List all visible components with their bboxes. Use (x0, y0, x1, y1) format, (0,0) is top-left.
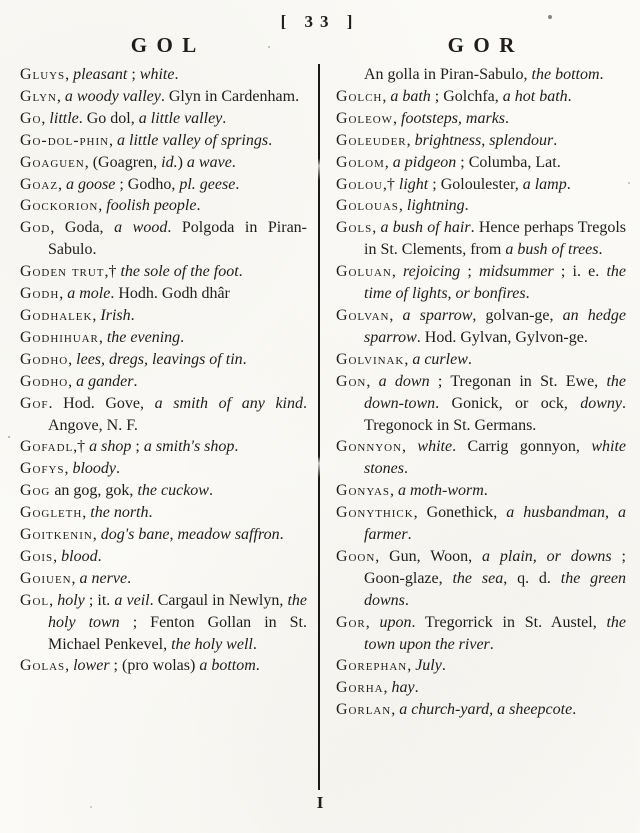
definition-italic: the evening (107, 329, 180, 346)
definition-italic: pl. geese (179, 176, 235, 193)
text-roman: ; Godho, (115, 176, 179, 193)
headword: Godho (20, 373, 68, 390)
dictionary-entry: Godho, lees, dregs, leavings of tin. (20, 349, 307, 371)
definition-italic: light (399, 176, 428, 193)
text-roman: , (384, 679, 392, 696)
headword: Gofadl (20, 438, 73, 455)
text-roman: ; Golchfa, (431, 88, 503, 105)
text-roman: . Hod. Gylvan, Gylvon-ge. (417, 329, 588, 346)
definition-italic: a goose (66, 176, 115, 193)
text-roman: . (465, 197, 469, 214)
text-roman: . (600, 66, 604, 83)
text-roman: . Hod. Gove, (49, 395, 155, 412)
headword: Gonnyon (336, 438, 402, 455)
text-roman: , (366, 373, 378, 390)
text-roman: , (99, 329, 107, 346)
dictionary-entry: Goden trut,† the sole of the foot. (20, 261, 307, 283)
text-roman: . (234, 438, 238, 455)
definition-italic: the sole of the foot (120, 263, 238, 280)
headword: Gon (336, 373, 366, 390)
definition-italic: blood (61, 548, 97, 565)
definition-italic: id. (161, 154, 177, 171)
dictionary-entry: Gois, blood. (20, 546, 307, 568)
headword: Gluys (20, 66, 65, 83)
headword: Gofys (20, 460, 64, 477)
text-roman: , (65, 66, 73, 83)
dictionary-entry: Goaguen, (Goagren, id.) a wave. (20, 152, 307, 174)
definition-italic: the cuckow (137, 482, 209, 499)
definition-italic: dog's bane, meadow saffron (101, 526, 280, 543)
headword: Goiuen (20, 570, 72, 587)
dictionary-entry: Gorlan, a church-yard, a sheepcote. (336, 699, 626, 721)
headword: Golch (336, 88, 382, 105)
text-roman: ) (178, 154, 187, 171)
headword: Gol (20, 592, 49, 609)
headword: Goitkenin (20, 526, 93, 543)
text-roman: ; (460, 263, 479, 280)
headword: Goleow (336, 110, 393, 127)
definition-italic: a smith's shop (144, 438, 235, 455)
text-roman: . (572, 701, 576, 718)
text-roman: . (239, 263, 243, 280)
text-roman: , (58, 176, 66, 193)
headword: Go-dol-phin (20, 132, 109, 149)
text-roman: . (174, 66, 178, 83)
text-roman: an gog, gok, (50, 482, 137, 499)
definition-italic: a nerve (80, 570, 128, 587)
definition-italic: holy (57, 592, 85, 609)
text-roman: ; it. (85, 592, 115, 609)
text-roman: . (98, 548, 102, 565)
headword: Gogleth (20, 504, 82, 521)
text-roman: . (243, 351, 247, 368)
dictionary-entry: Gonyas, a moth-worm. (336, 480, 626, 502)
definition-italic: a woody valley (65, 88, 161, 105)
headword: Golas (20, 657, 65, 674)
definition-italic: a wood (114, 219, 167, 236)
text-roman: . (505, 110, 509, 127)
definition-italic: a curlew (412, 351, 468, 368)
dictionary-entry: Goleow, footsteps, marks. (336, 108, 626, 130)
text-roman: . (180, 329, 184, 346)
dictionary-entry: Go-dol-phin, a little valley of springs. (20, 130, 307, 152)
definition-italic: a little valley of springs (117, 132, 268, 149)
definition-italic: hay (392, 679, 415, 696)
text-roman: , (390, 482, 398, 499)
definition-italic: bloody (72, 460, 116, 477)
dictionary-entry: Gockorion, foolish people. (20, 195, 307, 217)
text-roman: , (391, 701, 399, 718)
definition-italic: pleasant (73, 66, 127, 83)
definition-italic: a shop (89, 438, 131, 455)
headword: Goaguen (20, 154, 85, 171)
text-roman: ; (131, 438, 143, 455)
dictionary-entry: Godho, a gander. (20, 371, 307, 393)
dictionary-entry: Golas, lower ; (pro wolas) a bottom. (20, 655, 307, 677)
text-roman: ,† (383, 176, 399, 193)
headword: Golouas (336, 197, 399, 214)
text-roman: , Gonethick, (414, 504, 507, 521)
dictionary-entry: Goon, Gun, Woon, a plain, or downs ; Goo… (336, 546, 626, 612)
definition-italic: footsteps, marks (401, 110, 505, 127)
text-roman: , (402, 438, 417, 455)
dictionary-entry: Gol, holy ; it. a veil. Cargaul in Newly… (20, 590, 307, 656)
text-roman: . (553, 132, 557, 149)
scan-noise-specks (0, 0, 2, 2)
definition-italic: a veil (114, 592, 149, 609)
dictionary-entry: Gog an gog, gok, the cuckow. (20, 480, 307, 502)
text-roman: ,† (73, 438, 89, 455)
dictionary-entry: Gof. Hod. Gove, a smith of any kind. Ang… (20, 393, 307, 437)
text-roman: , golvan-ge, (472, 307, 562, 324)
headword: Go (20, 110, 41, 127)
definition-italic: a church-yard, a sheepcote (399, 701, 572, 718)
headword: Gois (20, 548, 53, 565)
definition-italic: white (140, 66, 175, 83)
definition-italic: lightning (407, 197, 465, 214)
headword: Gor (336, 614, 366, 631)
definition-italic: a down (379, 373, 430, 390)
column-divider-rule (318, 64, 320, 790)
definition-italic: a moth-worm (398, 482, 484, 499)
dictionary-entry: Glyn, a woody valley. Glyn in Cardenham. (20, 86, 307, 108)
dictionary-entry: Golch, a bath ; Golchfa, a hot bath. (336, 86, 626, 108)
text-roman: . (468, 351, 472, 368)
page-number: [ 33 ] (0, 12, 640, 32)
text-roman: . (116, 460, 120, 477)
definition-italic: a bottom (199, 657, 255, 674)
headword: Gof (20, 395, 49, 412)
right-text-column: An golla in Piran-Sabulo, the bottom.Gol… (336, 64, 626, 721)
text-roman: . Glyn in Cardenham. (161, 88, 299, 105)
definition-italic: foolish people (106, 197, 196, 214)
headword: God (20, 219, 50, 236)
headword: Goleuder (336, 132, 407, 149)
text-roman: . (127, 570, 131, 587)
headword: Golou (336, 176, 383, 193)
dictionary-entry: Goaz, a goose ; Godho, pl. geese. (20, 174, 307, 196)
headword: Godh (20, 285, 59, 302)
headword: Godhihuar (20, 329, 99, 346)
dictionary-entry: Goleuder, brightness, splendour. (336, 130, 626, 152)
dictionary-entry: Golou,† light ; Goloulester, a lamp. (336, 174, 626, 196)
headword: Gols (336, 219, 372, 236)
headword: Goon (336, 548, 375, 565)
dictionary-entry: Gluys, pleasant ; white. (20, 64, 307, 86)
definition-italic: white (417, 438, 452, 455)
text-roman: , (366, 614, 380, 631)
dictionary-entry: Godhalek, Irish. (20, 305, 307, 327)
definition-italic: a lamp (523, 176, 567, 193)
dictionary-entry: Gonnyon, white. Carrig gonnyon, white st… (336, 436, 626, 480)
dictionary-entry: Golom, a pidgeon ; Columba, Lat. (336, 152, 626, 174)
definition-italic: a little valley (139, 110, 223, 127)
dictionary-entry: Golvan, a sparrow, golvan-ge, an hedge s… (336, 305, 626, 349)
headword: Gorlan (336, 701, 391, 718)
entry-continuation: An golla in Piran-Sabulo, the bottom. (336, 64, 626, 86)
text-roman: . (490, 636, 494, 653)
text-roman: , (389, 307, 402, 324)
text-roman: , (93, 526, 101, 543)
text-roman: . (408, 526, 412, 543)
dictionary-entry: Golvinak, a curlew. (336, 349, 626, 371)
definition-italic: a sparrow (403, 307, 473, 324)
definition-italic: little (49, 110, 78, 127)
headword: Goaz (20, 176, 58, 193)
dictionary-entry: Goluan, rejoicing ; midsummer ; i. e. th… (336, 261, 626, 305)
text-roman: . (484, 482, 488, 499)
definition-italic: a bath (390, 88, 430, 105)
right-column-header: GOR (336, 33, 626, 58)
definition-italic: the north (90, 504, 148, 521)
text-roman: . (526, 285, 530, 302)
text-roman: . (404, 460, 408, 477)
text-roman: . Go dol, (79, 110, 139, 127)
dictionary-entry: Golouas, lightning. (336, 195, 626, 217)
headword: Godhalek (20, 307, 92, 324)
text-roman: , (109, 132, 117, 149)
text-roman: , (57, 88, 65, 105)
text-roman: . (253, 636, 257, 653)
text-roman: ; (pro wolas) (110, 657, 200, 674)
headword: Gog (20, 482, 50, 499)
definition-italic: a bush of hair (380, 219, 470, 236)
text-roman: , (392, 263, 403, 280)
dictionary-entry: Godh, a mole. Hodh. Godh dhâr (20, 283, 307, 305)
dictionary-entry: Gonythick, Gonethick, a husbandman, a fa… (336, 502, 626, 546)
dictionary-entry: Gogleth, the north. (20, 502, 307, 524)
dictionary-entry: Gor, upon. Tregorrick in St. Austel, the… (336, 612, 626, 656)
definition-italic: brightness, splendour (415, 132, 554, 149)
text-roman: . (133, 373, 137, 390)
text-roman: . (567, 176, 571, 193)
text-roman: , (53, 548, 61, 565)
text-roman: . Tregorrick in St. Austel, (411, 614, 606, 631)
dictionary-entry: God, Goda, a wood. Polgoda in Piran- Sab… (20, 217, 307, 261)
definition-italic: Irish (100, 307, 130, 324)
text-roman: , (407, 132, 415, 149)
dictionary-entry: Gofys, bloody. (20, 458, 307, 480)
text-roman: . (442, 657, 446, 674)
text-roman: , (407, 657, 415, 674)
dictionary-entry: Gols, a bush of hair. Hence perhaps Treg… (336, 217, 626, 261)
text-roman: , (385, 154, 393, 171)
headword: Golvan (336, 307, 389, 324)
text-roman: . (405, 592, 409, 609)
text-roman: , (65, 657, 73, 674)
left-column-header: GOL (20, 33, 307, 58)
definition-italic: the bottom (532, 66, 600, 83)
dictionary-entry: Gorephan, July. (336, 655, 626, 677)
text-roman: . (148, 504, 152, 521)
definition-italic: downy (580, 395, 622, 412)
text-roman: , Gun, Woon, (375, 548, 482, 565)
dictionary-entry: Go, little. Go dol, a little valley. (20, 108, 307, 130)
dictionary-entry: Gorha, hay. (336, 677, 626, 699)
headword: Goden trut (20, 263, 104, 280)
text-roman: . (268, 132, 272, 149)
text-roman: An golla in Piran-Sabulo, (364, 66, 532, 83)
text-roman: . (131, 307, 135, 324)
text-roman: . Gonick, or ock, (435, 395, 580, 412)
definition-italic: a hot bath (503, 88, 568, 105)
definition-italic: a plain, or downs (482, 548, 612, 565)
scanned-dictionary-page: [ 33 ] GOL GOR Gluys, pleasant ; white.G… (0, 0, 640, 833)
text-roman: . (196, 197, 200, 214)
text-roman: , Goda, (50, 219, 114, 236)
dictionary-entry: Godhihuar, the evening. (20, 327, 307, 349)
definition-italic: rejoicing (403, 263, 460, 280)
dictionary-entry: Gofadl,† a shop ; a smith's shop. (20, 436, 307, 458)
text-roman: , (399, 197, 407, 214)
dictionary-entry: Gon, a down ; Tregonan in St. Ewe, the d… (336, 371, 626, 437)
text-roman: , (72, 570, 80, 587)
headword: Glyn (20, 88, 57, 105)
definition-italic: upon (379, 614, 411, 631)
dictionary-entry: Goitkenin, dog's bane, meadow saffron. (20, 524, 307, 546)
text-roman: , (Goagren, (85, 154, 161, 171)
headword: Golom (336, 154, 385, 171)
headword: Gorha (336, 679, 384, 696)
text-roman: ; i. e. (554, 263, 607, 280)
definition-italic: the sea (452, 570, 503, 587)
text-roman: ; Goloulester, (428, 176, 522, 193)
definition-italic: the holy well (171, 636, 253, 653)
text-roman: , (68, 373, 76, 390)
text-roman: ; Columba, Lat. (456, 154, 560, 171)
text-roman: ; Tregonan in St. Ewe, (430, 373, 607, 390)
headword: Gonythick (336, 504, 414, 521)
definition-italic: a wave (187, 154, 232, 171)
text-roman: . (256, 657, 260, 674)
text-roman: . (415, 679, 419, 696)
text-roman: , (393, 110, 401, 127)
definition-italic: July (415, 657, 442, 674)
signature-mark: I (0, 793, 640, 813)
text-roman: , (49, 592, 57, 609)
headword: Gonyas (336, 482, 390, 499)
definition-italic: a mole (67, 285, 110, 302)
text-roman: ; (127, 66, 139, 83)
text-roman: . Hodh. Godh dhâr (110, 285, 230, 302)
text-roman: ,† (104, 263, 120, 280)
definition-italic: a gander (76, 373, 133, 390)
definition-italic: a bush of trees (505, 241, 598, 258)
text-roman: , (68, 351, 76, 368)
dictionary-entry: Goiuen, a nerve. (20, 568, 307, 590)
text-roman: . Carrig gonnyon, (452, 438, 591, 455)
headword: Gorephan (336, 657, 407, 674)
text-roman: . (222, 110, 226, 127)
definition-italic: lees, dregs, leavings of tin (76, 351, 243, 368)
text-roman: . (280, 526, 284, 543)
text-roman: . (235, 176, 239, 193)
left-text-column: Gluys, pleasant ; white.Glyn, a woody va… (20, 64, 307, 677)
definition-italic: a pidgeon (393, 154, 457, 171)
text-roman: . Cargaul in Newlyn, (150, 592, 288, 609)
definition-italic: midsummer (479, 263, 554, 280)
headword: Gockorion (20, 197, 98, 214)
headword: Goluan (336, 263, 392, 280)
text-roman: . (209, 482, 213, 499)
headword: Godho (20, 351, 68, 368)
definition-italic: a smith of any kind (155, 395, 303, 412)
text-roman: . (568, 88, 572, 105)
headword: Golvinak (336, 351, 404, 368)
definition-italic: lower (73, 657, 109, 674)
text-roman: . (599, 241, 603, 258)
text-roman: . (232, 154, 236, 171)
text-roman: , q. d. (503, 570, 561, 587)
